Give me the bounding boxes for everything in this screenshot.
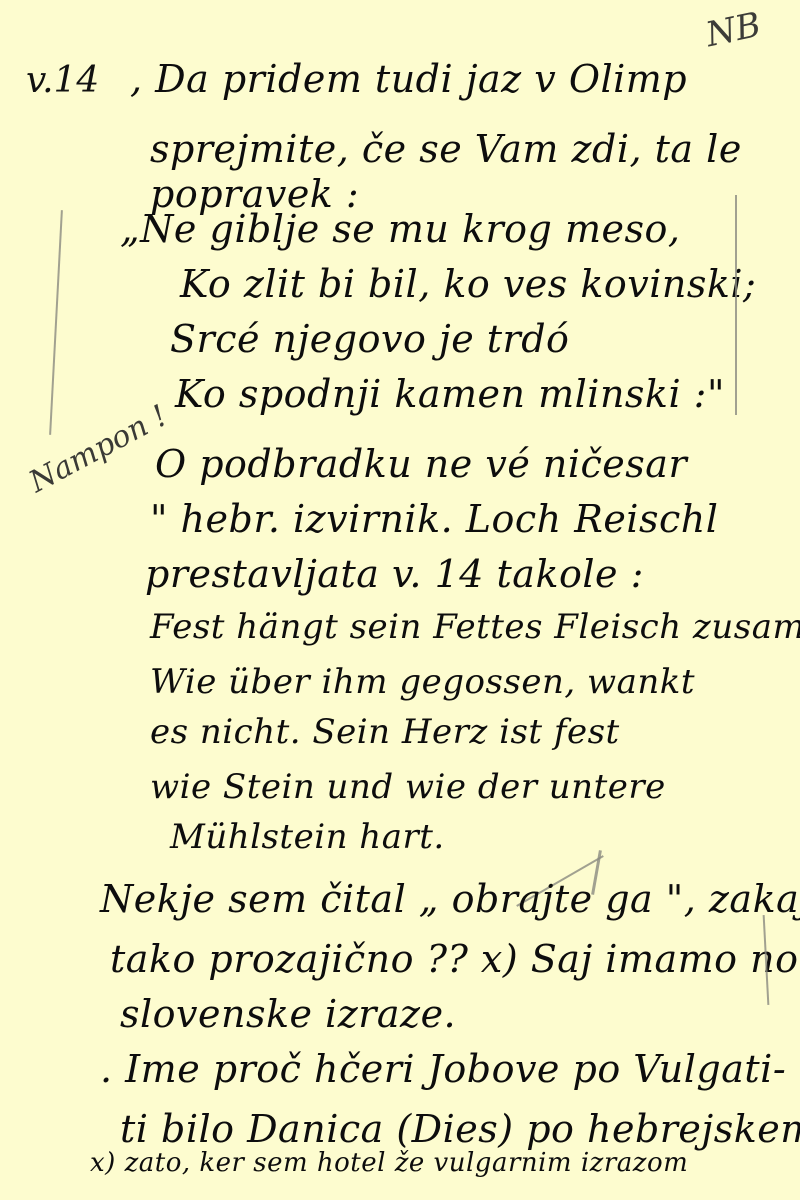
text-line-19: . Ime proč hčeri Jobove po Vulgati- [100, 1050, 786, 1088]
german-line-3: es nicht. Sein Herz ist fest [150, 715, 620, 749]
text-line-16: Nekje sem čital „ obrajte ga ", zakaj [100, 880, 800, 918]
german-line-2: Wie über ihm gegossen, wankt [150, 665, 695, 699]
manuscript-page: NB v.14 , Da pridem tudi jaz v Olimp spr… [0, 0, 800, 1200]
verse-line-4: Ko spodnji kamen mlinski :" [175, 375, 725, 413]
text-line-9: " hebr. izvirnik. Loch Reischl [150, 500, 718, 538]
german-line-1: Fest hängt sein Fettes Fleisch zusammen [150, 610, 800, 644]
german-line-4: wie Stein und wie der untere [150, 770, 666, 804]
verse-line-1: „Ne giblje se mu krog meso, [120, 210, 680, 248]
verse-reference: v.14 [26, 60, 99, 101]
text-line-18: slovenske izraze. [120, 995, 456, 1033]
text-line-2: sprejmite, če se Vam zdi, ta le [150, 130, 742, 168]
text-line-17: tako prozajično ?? x) Saj imamo novo, [110, 940, 800, 978]
text-line-8: O podbradku ne vé ničesar [155, 445, 687, 483]
text-line-20: ti bilo Danica (Dies) po hebrejskem [120, 1110, 800, 1148]
verse-line-3: Srcé njegovo je trdó [170, 320, 569, 358]
verse-line-2: Ko zlit bi bil, ko ves kovinski; [180, 265, 756, 303]
pencil-bracket-left [49, 210, 63, 435]
text-line-10: prestavljata v. 14 takole : [145, 555, 644, 593]
nb-annotation: NB [702, 5, 764, 56]
german-line-5: Mühlstein hart. [170, 820, 445, 854]
text-line-1: , Da pridem tudi jaz v Olimp [130, 60, 687, 98]
margin-note: Nampon ! [24, 398, 174, 500]
pencil-bracket-right [735, 195, 737, 415]
footnote: x) zato, ker sem hotel že vulgarnim izra… [90, 1150, 688, 1176]
